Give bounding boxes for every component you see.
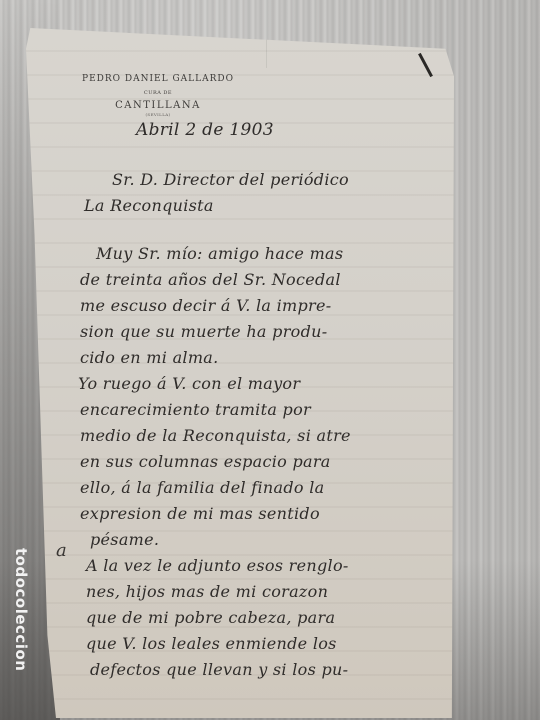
body-line: de treinta años del Sr. Nocedal	[80, 270, 420, 289]
body-line: expresion de mi mas sentido	[80, 504, 420, 523]
margin-note: a	[56, 540, 67, 561]
body-line: medio de la Reconquista, si atre	[80, 426, 420, 445]
body-line: pésame.	[90, 530, 430, 549]
salutation-line: Sr. D. Director del periódico	[112, 170, 452, 189]
body-line: ello, á la familia del finado la	[80, 478, 420, 497]
letterhead-subtitle: (SEVILLA)	[78, 112, 238, 117]
body-line: A la vez le adjunto esos renglo-	[86, 556, 426, 575]
body-line: cido en mi alma.	[80, 348, 420, 367]
letterhead: PEDRO DANIEL GALLARDO CURA DE CANTILLANA…	[78, 74, 238, 117]
letter-date: Abril 2 de 1903	[136, 120, 376, 140]
body-line: Muy Sr. mío: amigo hace mas	[96, 244, 436, 263]
body-line: sion que su muerte ha produ-	[80, 322, 420, 341]
body-line: Yo ruego á V. con el mayor	[78, 374, 418, 393]
letterhead-name: PEDRO DANIEL GALLARDO	[78, 74, 238, 84]
body-line: defectos que llevan y si los pu-	[90, 660, 430, 679]
salutation-line: La Reconquista	[84, 196, 424, 215]
body-line: que V. los leales enmiende los	[86, 634, 426, 653]
body-line: encarecimiento tramita por	[80, 400, 420, 419]
letterhead-role: CURA DE	[78, 90, 238, 96]
letterhead-town: CANTILLANA	[78, 100, 238, 111]
watermark-logo: todocoleccion	[8, 548, 30, 718]
body-line: que de mi pobre cabeza, para	[86, 608, 426, 627]
body-line: en sus columnas espacio para	[80, 452, 420, 471]
body-line: me escuso decir á V. la impre-	[80, 296, 420, 315]
body-line: nes, hijos mas de mi corazon	[86, 582, 426, 601]
